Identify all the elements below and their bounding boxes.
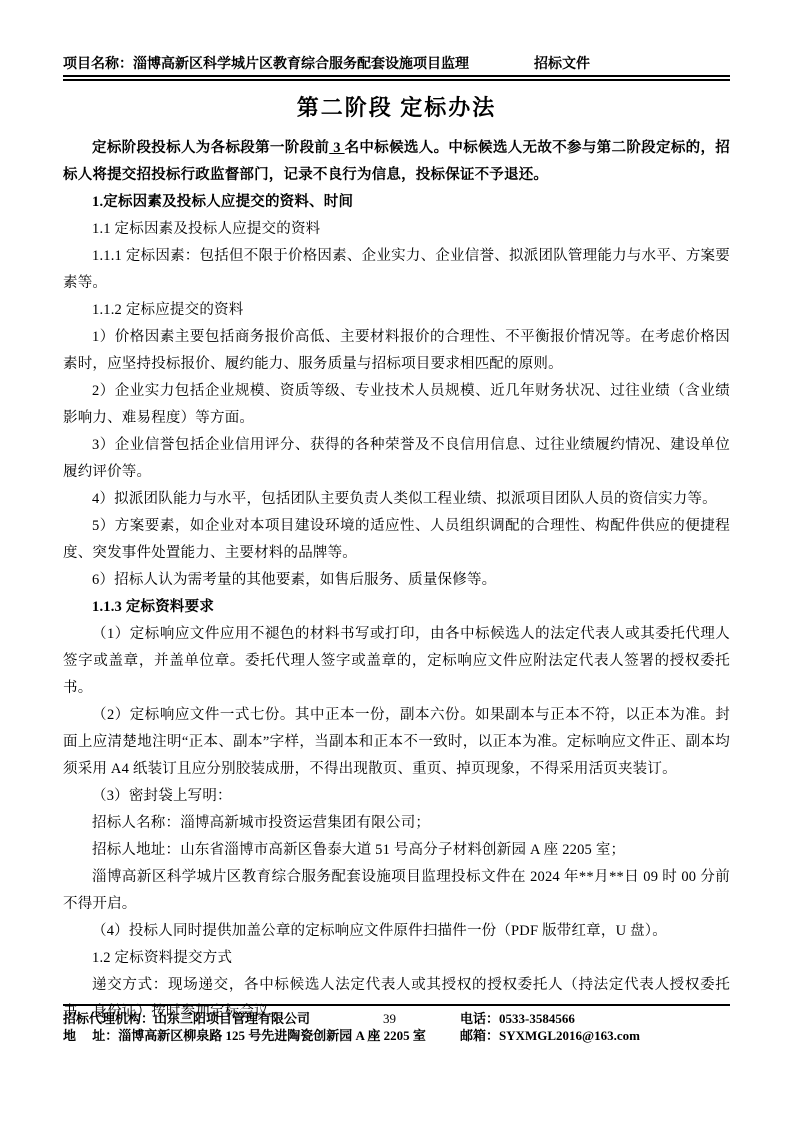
paragraph: （2）定标响应文件一式七份。其中正本一份，副本六份。如果副本与正本不符，以正本为… bbox=[63, 702, 730, 783]
header-project-name: 淄博高新区科学城片区教育综合服务配套设施项目监理 bbox=[133, 57, 469, 72]
footer-address: 地 址：淄博高新区柳泉路 125 号先进陶瓷创新园 A 座 2205 室 bbox=[63, 1027, 426, 1044]
footer-row-2: 地 址：淄博高新区柳泉路 125 号先进陶瓷创新园 A 座 2205 室 邮箱：… bbox=[63, 1027, 730, 1044]
paragraph: 淄博高新区科学城片区教育综合服务配套设施项目监理投标文件在 2024 年**月*… bbox=[63, 864, 730, 918]
paragraph: 1.1.3 定标资料要求 bbox=[63, 594, 730, 621]
paragraph: 1.2 定标资料提交方式 bbox=[63, 945, 730, 972]
footer-row-1: 招标代理机构：山东三阳项目管理有限公司 39 电话：0533-3584566 bbox=[63, 1010, 730, 1027]
header-project-label: 项目名称： bbox=[63, 57, 133, 72]
paragraph: 4）拟派团队能力与水平，包括团队主要负责人类似工程业绩、拟派项目团队人员的资信实… bbox=[63, 486, 730, 513]
paragraph: 3）企业信誉包括企业信用评分、获得的各种荣誉及不良信用信息、过往业绩履约情况、建… bbox=[63, 432, 730, 486]
paragraph: 招标人地址：山东省淄博市高新区鲁泰大道 51 号高分子材料创新园 A 座 220… bbox=[63, 837, 730, 864]
paragraph: 招标人名称：淄博高新城市投资运营集团有限公司； bbox=[63, 810, 730, 837]
paragraph: 1.1.2 定标应提交的资料 bbox=[63, 297, 730, 324]
paragraph: 定标阶段投标人为各标段第一阶段前 3 名中标候选人。中标候选人无故不参与第二阶段… bbox=[63, 135, 730, 189]
header-divider bbox=[63, 75, 730, 81]
paragraph: （1）定标响应文件应用不褪色的材料书写或打印，由各中标候选人的法定代表人或其委托… bbox=[63, 621, 730, 702]
footer-agency: 招标代理机构：山东三阳项目管理有限公司 bbox=[63, 1010, 310, 1027]
document-page: 项目名称：淄博高新区科学城片区教育综合服务配套设施项目监理 招标文件 第二阶段 … bbox=[0, 0, 793, 1122]
paragraph: 1）价格因素主要包括商务报价高低、主要材料报价的合理性、不平衡报价情况等。在考虑… bbox=[63, 324, 730, 378]
paragraph: 1.1 定标因素及投标人应提交的资料 bbox=[63, 216, 730, 243]
footer-email: 邮箱：SYXMGL2016@163.com bbox=[460, 1027, 640, 1044]
paragraph: （3）密封袋上写明： bbox=[63, 783, 730, 810]
page-number: 39 bbox=[383, 1010, 396, 1027]
page-content: 项目名称：淄博高新区科学城片区教育综合服务配套设施项目监理 招标文件 第二阶段 … bbox=[63, 0, 730, 1026]
document-body: 定标阶段投标人为各标段第一阶段前 3 名中标候选人。中标候选人无故不参与第二阶段… bbox=[63, 135, 730, 1026]
footer-phone: 电话：0533-3584566 bbox=[460, 1010, 575, 1027]
page-header: 项目名称：淄博高新区科学城片区教育综合服务配套设施项目监理 招标文件 bbox=[63, 0, 730, 71]
paragraph: 1.定标因素及投标人应提交的资料、时间 bbox=[63, 189, 730, 216]
paragraph: 1.1.1 定标因素：包括但不限于价格因素、企业实力、企业信誉、拟派团队管理能力… bbox=[63, 243, 730, 297]
paragraph: （4）投标人同时提供加盖公章的定标响应文件原件扫描件一份（PDF 版带红章，U … bbox=[63, 918, 730, 945]
paragraph: 2）企业实力包括企业规模、资质等级、专业技术人员规模、近几年财务状况、过往业绩（… bbox=[63, 378, 730, 432]
page-title: 第二阶段 定标办法 bbox=[63, 93, 730, 123]
underlined-text: 3 bbox=[329, 140, 344, 156]
header-doc-type: 招标文件 bbox=[534, 53, 590, 73]
page-footer: 招标代理机构：山东三阳项目管理有限公司 39 电话：0533-3584566 地… bbox=[63, 1004, 730, 1044]
paragraph: 6）招标人认为需考量的其他要素，如售后服务、质量保修等。 bbox=[63, 567, 730, 594]
paragraph: 5）方案要素，如企业对本项目建设环境的适应性、人员组织调配的合理性、构配件供应的… bbox=[63, 513, 730, 567]
